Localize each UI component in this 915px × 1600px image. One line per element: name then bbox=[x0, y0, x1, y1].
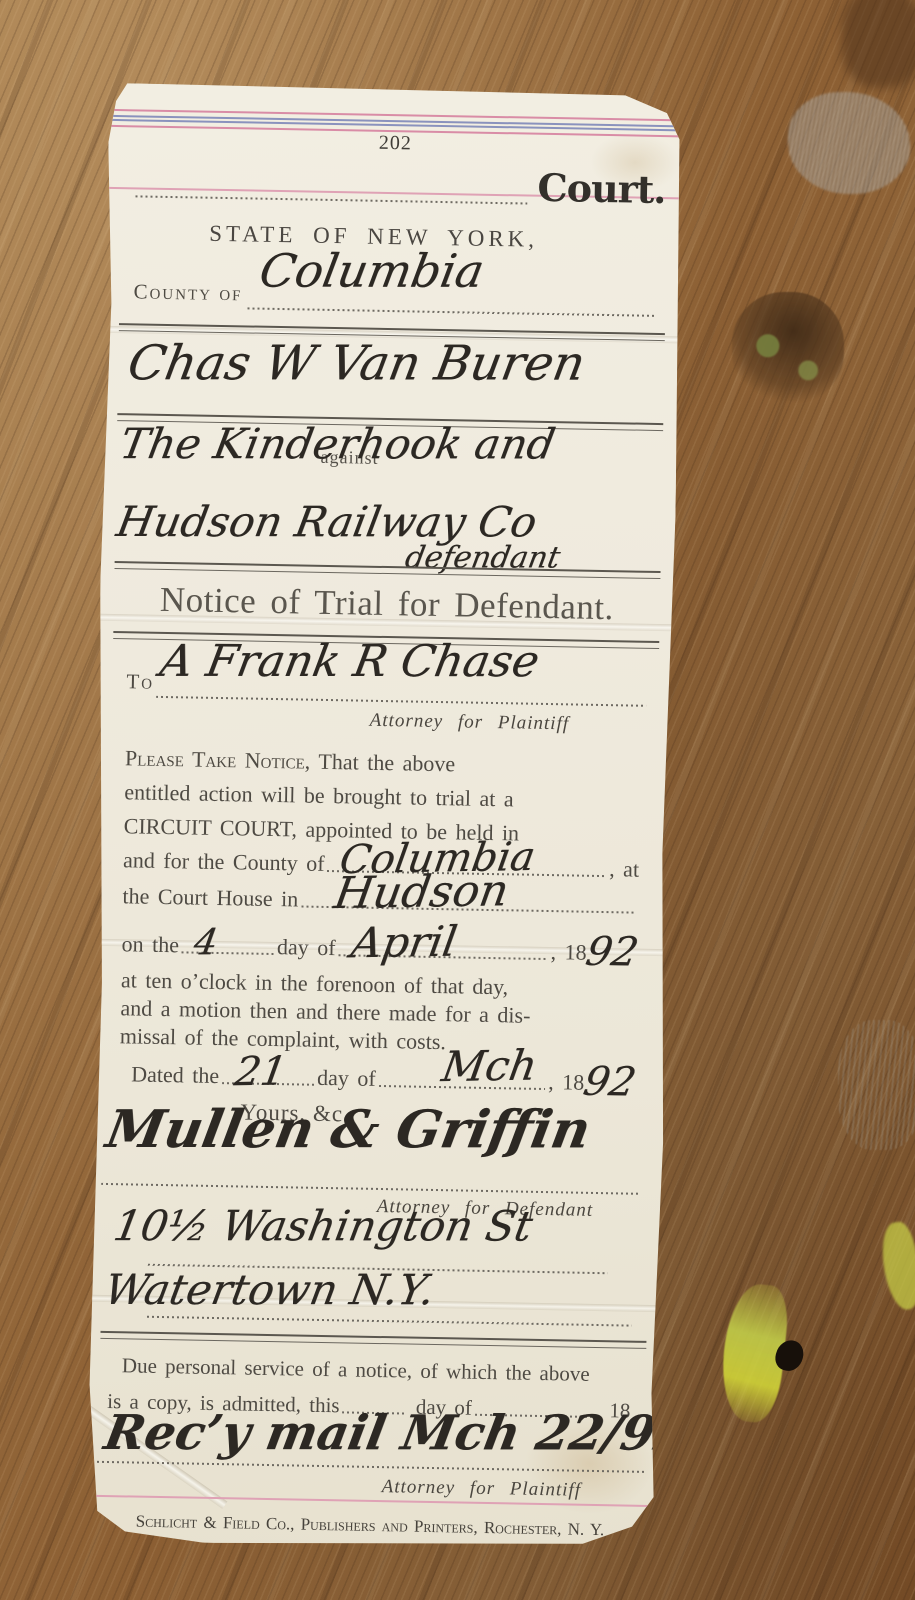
notice-line-1: Please Take Notice, That the above bbox=[125, 745, 641, 780]
service-line-1: Due personal service of a notice, of whi… bbox=[122, 1353, 590, 1387]
courthouse-fill-line: Hudson bbox=[301, 906, 635, 914]
plaintiff-handwritten: Chas W Van Buren bbox=[124, 335, 590, 391]
trial-day-handwritten: 4 bbox=[192, 925, 221, 961]
attorney-for-plaintiff-label-2: Attorney for Plaintiff bbox=[382, 1476, 582, 1502]
trial-year-printed: , 18 bbox=[550, 939, 586, 966]
court-blank-line bbox=[135, 195, 527, 204]
please-take-notice-lead: Please Take Notice, bbox=[125, 745, 311, 774]
received-note-handwritten: Rec’y mail Mch 22/92 bbox=[100, 1405, 693, 1461]
trial-day-fill-line: 4 bbox=[182, 951, 274, 955]
attorney-signature-handwritten: Mullen & Griffin bbox=[102, 1099, 595, 1160]
trial-day-pre: on the bbox=[121, 931, 179, 958]
legal-document-paper: 202 Court. STATE OF NEW YORK, County of … bbox=[83, 83, 684, 1551]
dark-crud-patch bbox=[732, 292, 844, 404]
address-line2-rule bbox=[147, 1316, 632, 1327]
notice-line-5-pre: the Court House in bbox=[122, 883, 298, 912]
county-label: County of bbox=[133, 279, 242, 306]
dated-month-fill-line: Mch bbox=[379, 1085, 546, 1090]
double-rule bbox=[114, 561, 660, 579]
address-line2-handwritten: Watertown N.Y. bbox=[101, 1265, 439, 1314]
county-handwritten: Columbia bbox=[255, 244, 488, 298]
trial-month-handwritten: April bbox=[348, 921, 460, 965]
trial-day-mid: day of bbox=[277, 934, 336, 961]
notice-line-2: entitled action will be brought to trial… bbox=[124, 779, 640, 814]
signature-line bbox=[101, 1183, 639, 1195]
defendant-name-line2: Hudson Railway Co bbox=[113, 497, 541, 546]
gray-streak-patch bbox=[838, 1020, 915, 1150]
to-label: To bbox=[126, 669, 154, 695]
dated-year-printed: , 18 bbox=[548, 1069, 584, 1096]
defendant-name-line1: The Kinderhook and bbox=[116, 419, 558, 468]
dated-mid: day of bbox=[317, 1065, 376, 1092]
dated-year-handwritten: 92 bbox=[584, 1082, 635, 1083]
photo-scene: 202 Court. STATE OF NEW YORK, County of … bbox=[0, 0, 915, 1600]
trial-year-handwritten: 92 bbox=[587, 952, 638, 953]
dated-day-handwritten: 21 bbox=[232, 1052, 290, 1093]
court-heading: Court. bbox=[537, 165, 666, 212]
dated-line: Dated the21day ofMch, 1892 bbox=[131, 1061, 635, 1096]
notice-line-6: on the4day ofApril, 1892 bbox=[121, 931, 637, 966]
gray-scuff-mark bbox=[788, 92, 910, 194]
double-rule bbox=[100, 1331, 646, 1349]
to-blank-line bbox=[156, 696, 646, 707]
trial-month-fill-line: April bbox=[338, 954, 547, 960]
dated-pre: Dated the bbox=[131, 1061, 219, 1089]
dated-month-handwritten: Mch bbox=[439, 1045, 540, 1088]
to-name-handwritten: A Frank R Chase bbox=[156, 636, 543, 687]
notice-line-1-rest: That the above bbox=[310, 749, 455, 778]
notice-line-4-post: , at bbox=[609, 856, 639, 883]
dated-day-fill-line: 21 bbox=[222, 1082, 314, 1086]
printer-imprint: Schlicht & Field Co., Publishers and Pri… bbox=[83, 1511, 657, 1542]
notice-line-5: the Court House inHudson bbox=[122, 883, 638, 918]
dark-corner-stain bbox=[842, 0, 915, 88]
address-line1-handwritten: 10½ Washington St bbox=[110, 1201, 536, 1250]
courthouse-fill-handwritten: Hudson bbox=[331, 869, 511, 916]
attorney-for-plaintiff-label: Attorney for Plaintiff bbox=[370, 710, 570, 736]
notice-line-4-pre: and for the County of bbox=[123, 847, 325, 877]
county-blank-line bbox=[247, 307, 655, 316]
